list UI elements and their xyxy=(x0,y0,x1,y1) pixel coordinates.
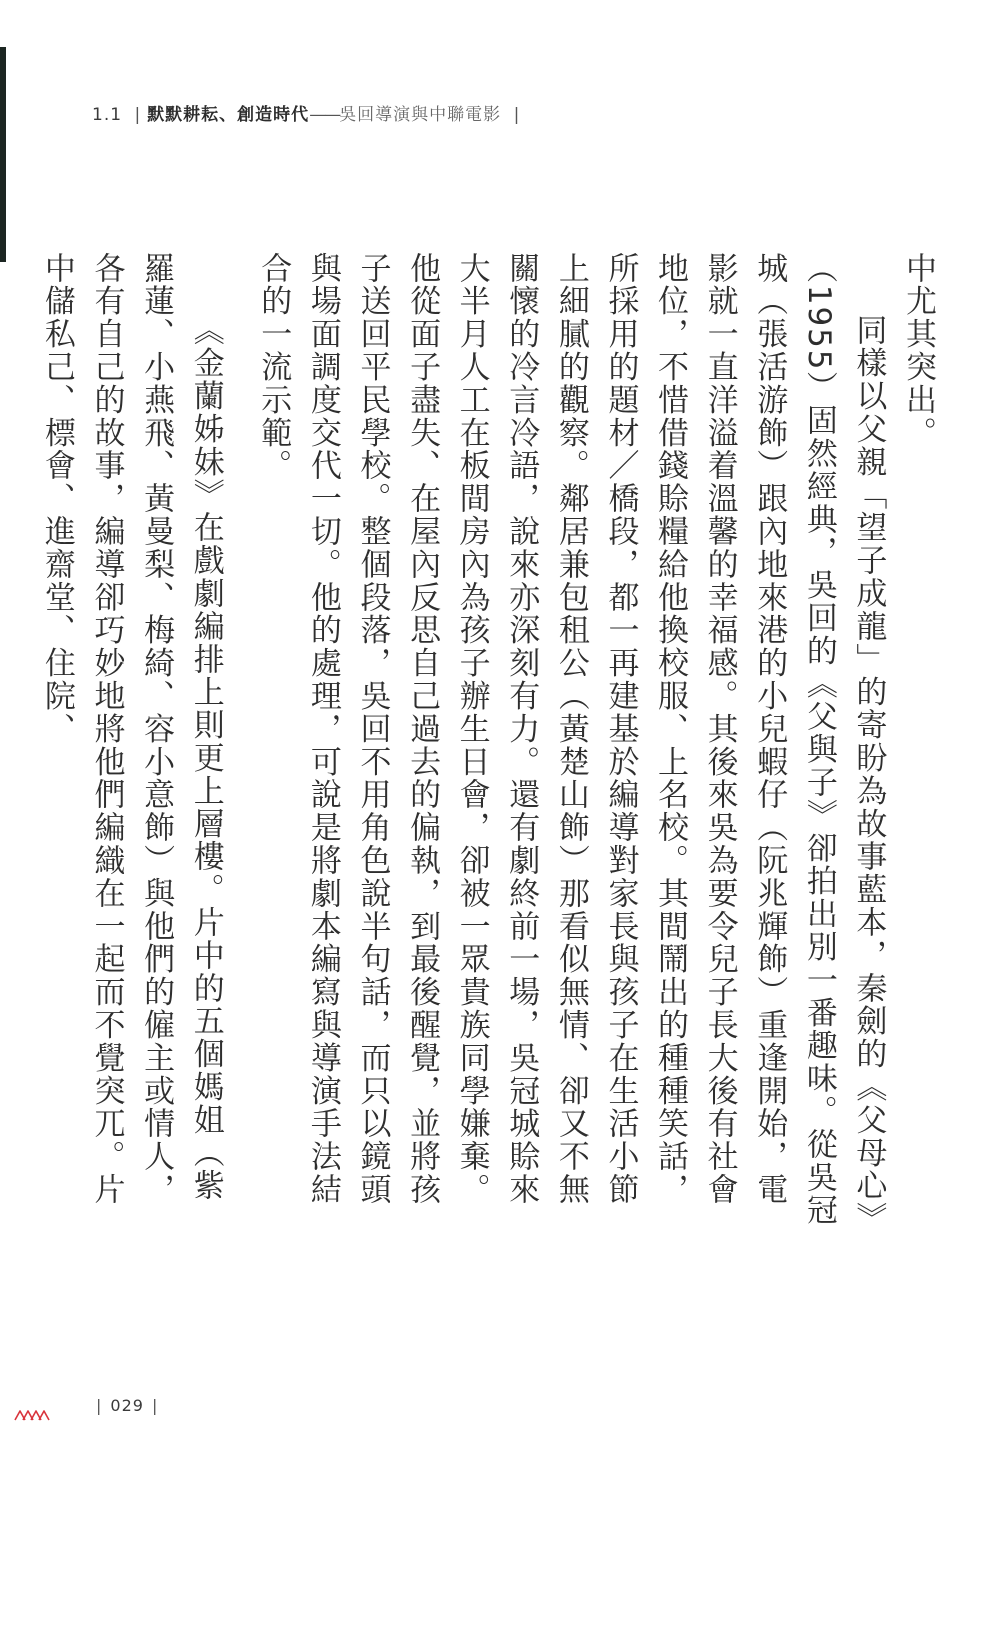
publisher-logo-icon xyxy=(14,1408,50,1422)
page-edge-bar xyxy=(0,47,6,262)
page-number-right-bar: | xyxy=(152,1396,158,1415)
running-header: 1.1 |默默耕耘、創造時代——吳回導演與中聯電影 | xyxy=(92,100,526,125)
header-end-separator: | xyxy=(514,105,521,125)
page-number-left-bar: | xyxy=(96,1396,102,1415)
header-separator: | xyxy=(134,105,141,125)
title-dash: —— xyxy=(309,105,339,125)
paragraph-continuation: 中尤其突出。 xyxy=(892,252,942,1232)
paragraph-jin-lan-zi-mei: 《金蘭姊妹》在戲劇編排上則更上層樓。片中的五個媽姐（紫羅蓮、小燕飛、黃曼梨、梅綺… xyxy=(31,252,229,1232)
page-number-footer: |029| xyxy=(88,1396,166,1415)
chapter-subtitle: 吳回導演與中聯電影 xyxy=(339,105,501,125)
vertical-body-text: 中尤其突出。 同樣以父親「望子成龍」的寄盼為故事藍本，秦劍的《父母心》（1955… xyxy=(13,252,942,1232)
page-number: 029 xyxy=(110,1396,144,1415)
paragraph-fu-yu-zi: 同樣以父親「望子成龍」的寄盼為故事藍本，秦劍的《父母心》（1955）固然經典，吳… xyxy=(248,252,893,1232)
chapter-title-bold: 默默耕耘、創造時代 xyxy=(147,105,309,125)
section-number: 1.1 xyxy=(92,105,122,125)
